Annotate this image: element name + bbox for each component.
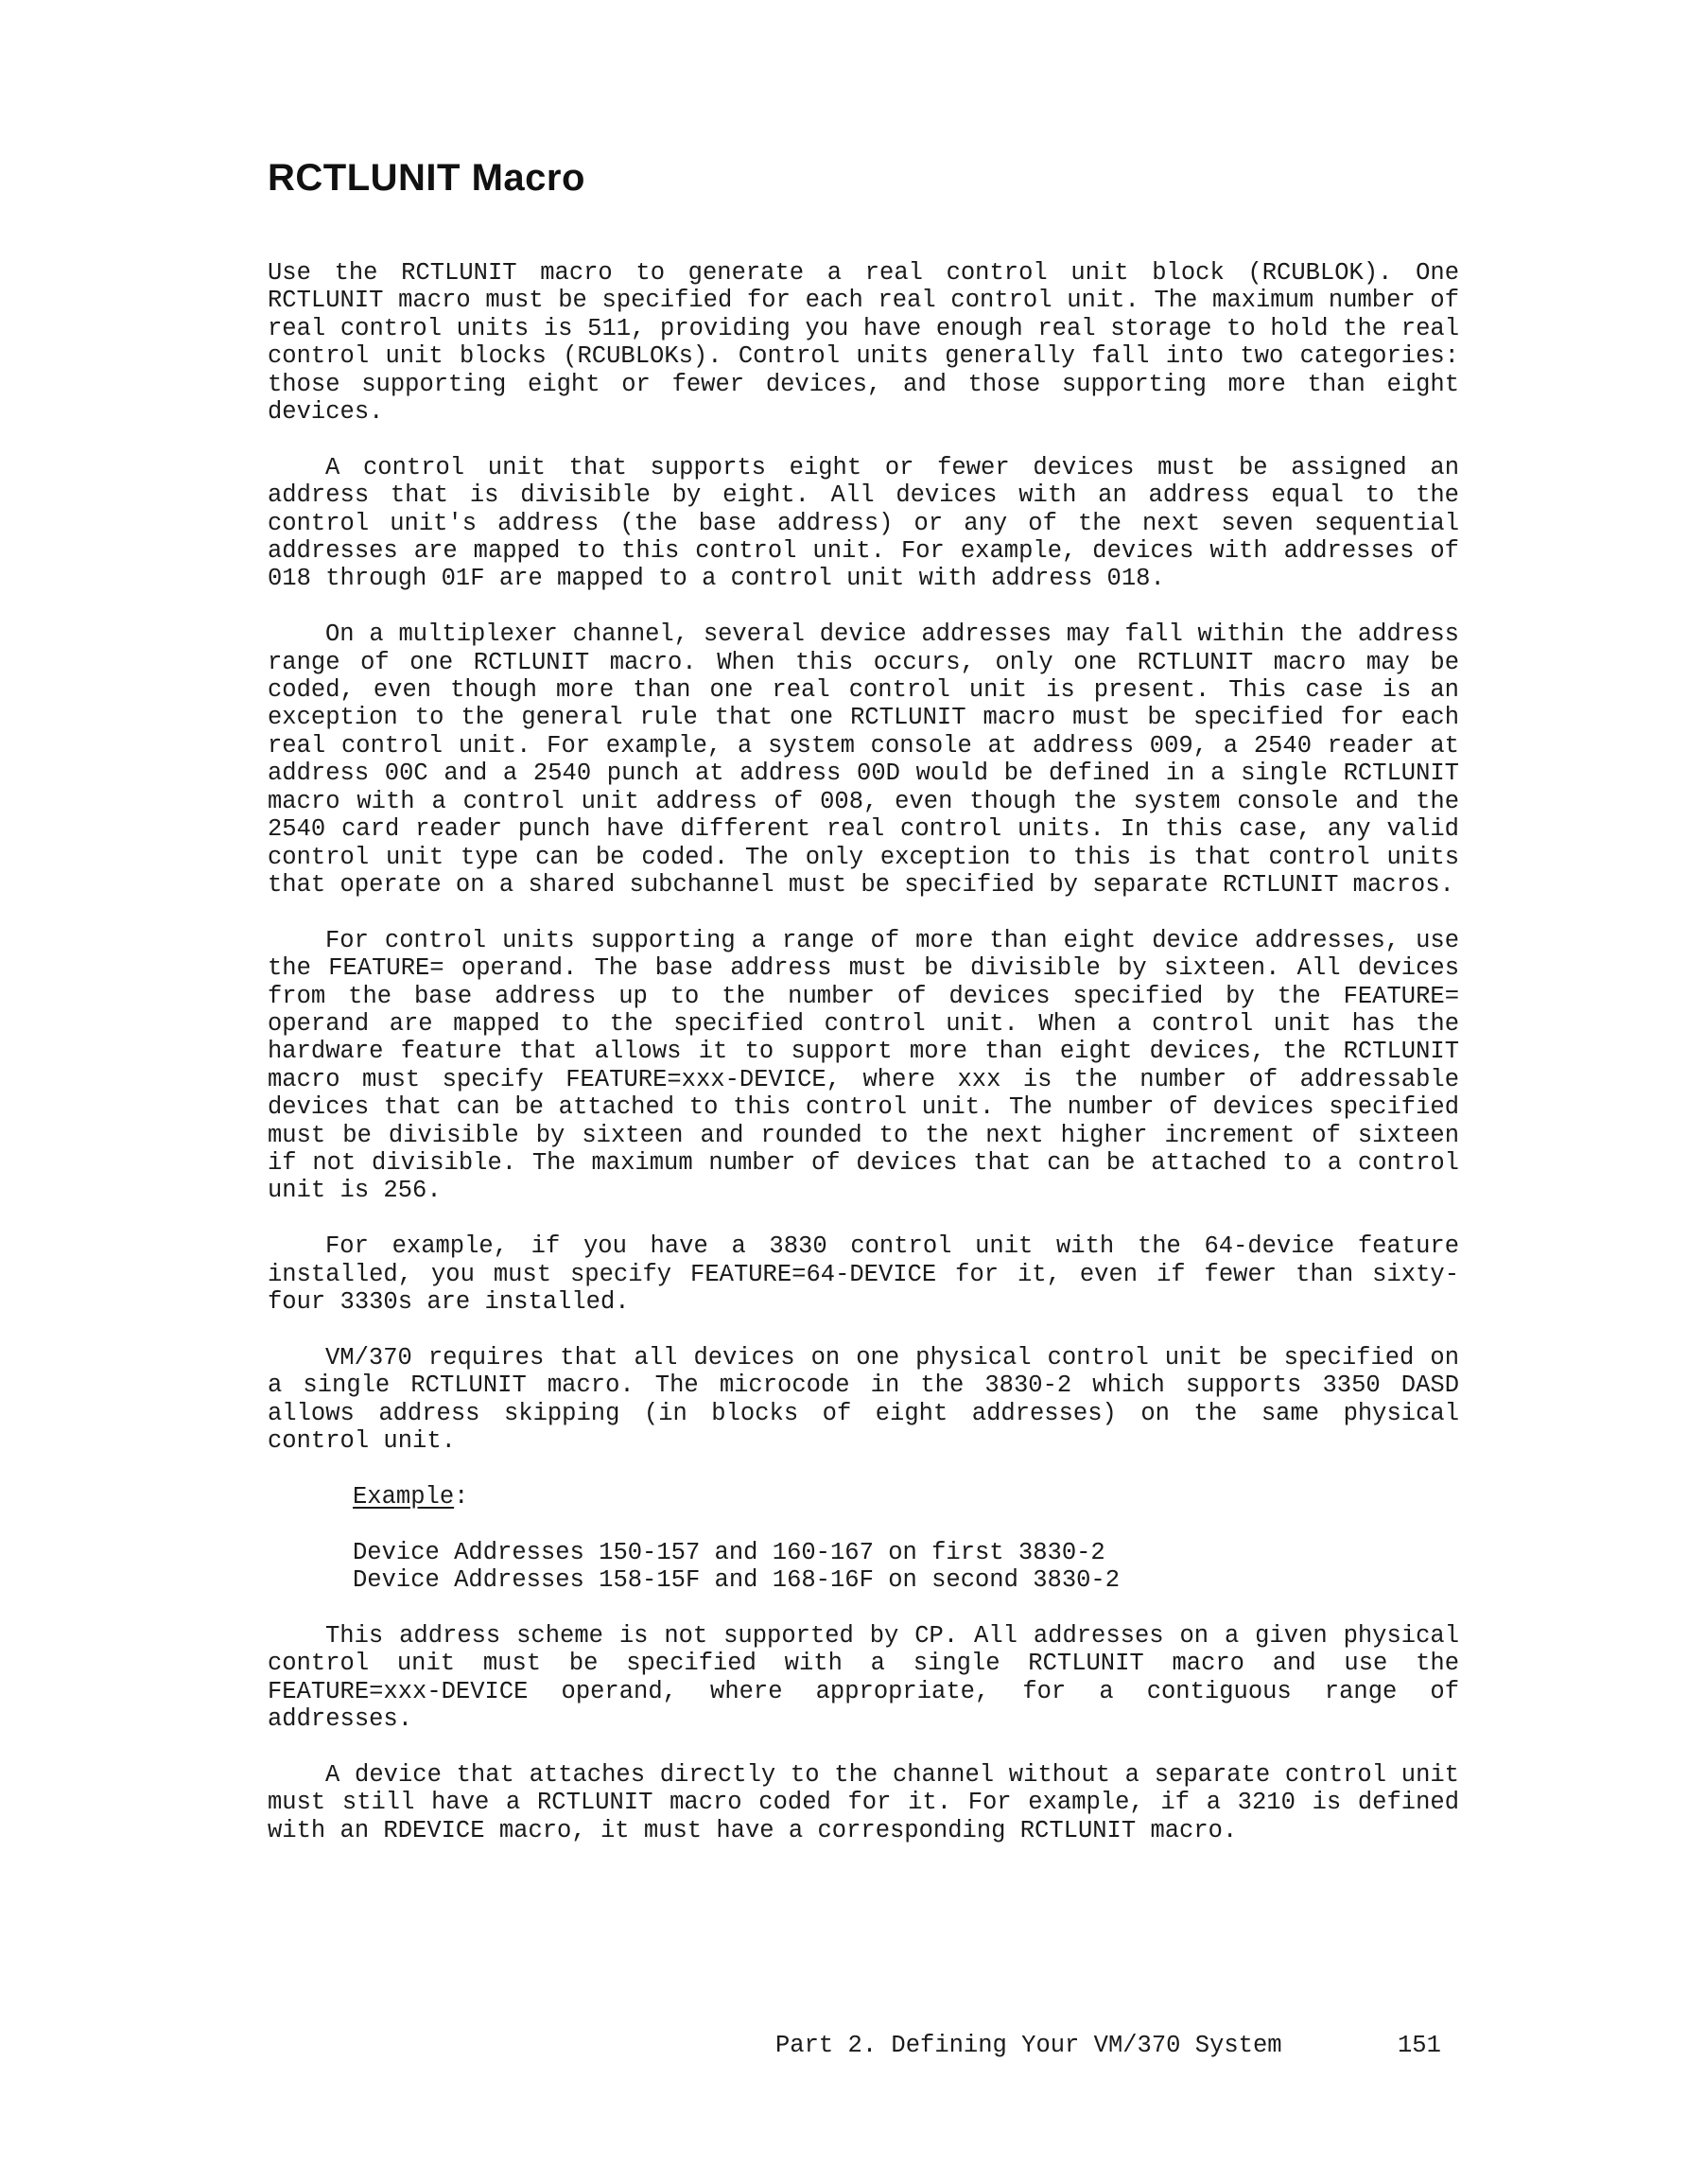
document-body: Use the RCTLUNIT macro to generate a rea… [268, 259, 1459, 1872]
example-block: Example: Device Addresses 150-157 and 16… [268, 1483, 1459, 1595]
paragraph-multiplexer: On a multiplexer channel, several device… [268, 620, 1459, 899]
paragraph-feature-operand: For control units supporting a range of … [268, 927, 1459, 1205]
example-line: Device Addresses 150-157 and 160-167 on … [353, 1539, 1459, 1566]
paragraph-vm370-requirement: VM/370 requires that all devices on one … [268, 1344, 1459, 1456]
example-label-colon: : [454, 1483, 468, 1511]
example-line: Device Addresses 158-15F and 168-16F on … [353, 1566, 1459, 1594]
paragraph-not-supported: This address scheme is not supported by … [268, 1622, 1459, 1734]
paragraph-direct-attach: A device that attaches directly to the c… [268, 1761, 1459, 1844]
example-label: Example [353, 1483, 454, 1511]
example-heading: Example: [353, 1483, 1459, 1511]
page-title: RCTLUNIT Macro [268, 157, 585, 200]
paragraph-3830-example: For example, if you have a 3830 control … [268, 1232, 1459, 1316]
footer-section-title: Part 2. Defining Your VM/370 System [775, 2032, 1282, 2059]
paragraph-eight-or-fewer: A control unit that supports eight or fe… [268, 454, 1459, 593]
paragraph-intro: Use the RCTLUNIT macro to generate a rea… [268, 259, 1459, 426]
page-number: 151 [1398, 2032, 1441, 2059]
